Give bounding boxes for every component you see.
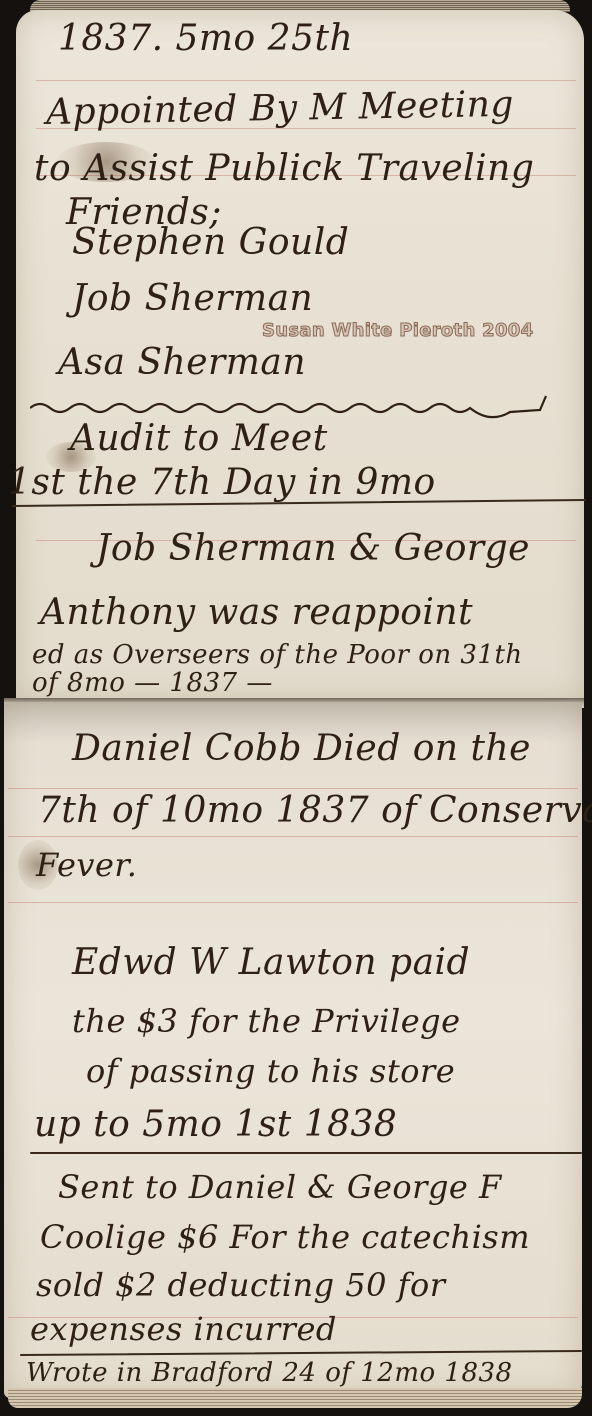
entry-line: Edwd W Lawton paid bbox=[72, 942, 470, 983]
ink-divider bbox=[30, 1152, 582, 1154]
copyright-watermark: Susan White Pieroth 2004 bbox=[262, 320, 533, 341]
entry-line: of 8mo — 1837 — bbox=[32, 668, 273, 698]
entry-line: Sent to Daniel & George F bbox=[58, 1168, 502, 1206]
entry-line: 7th of 10mo 1837 of Conservation bbox=[38, 790, 592, 831]
ruled-line bbox=[8, 788, 578, 789]
name-line: Asa Sherman bbox=[58, 342, 306, 383]
entry-line: expenses incurred bbox=[30, 1310, 337, 1348]
entry-line: Coolige $6 For the catechism bbox=[40, 1218, 530, 1256]
entry-line: to Assist Publick Traveling bbox=[34, 148, 534, 189]
page-edges-bottom bbox=[8, 1388, 582, 1408]
entry-line: Audit to Meet bbox=[70, 418, 328, 459]
entry-line: Job Sherman & George bbox=[96, 528, 530, 569]
entry-line: the $3 for the Privilege bbox=[72, 1002, 461, 1040]
name-line: Stephen Gould bbox=[72, 222, 349, 263]
ruled-line bbox=[36, 80, 576, 81]
entry-line: Anthony was reappoint bbox=[40, 592, 473, 633]
name-line: Job Sherman bbox=[72, 278, 313, 319]
entry-line: Daniel Cobb Died on the bbox=[72, 728, 531, 769]
entry-line: of passing to his store bbox=[86, 1052, 455, 1090]
entry-line: up to 5mo 1st 1838 bbox=[34, 1104, 397, 1145]
ruled-line bbox=[8, 902, 578, 903]
entry-line: Appointed By M Meeting bbox=[46, 84, 515, 133]
entry-line: 1st the 7th Day in 9mo bbox=[8, 462, 436, 503]
wavy-divider bbox=[30, 392, 570, 420]
entry-line: sold $2 deducting 50 for bbox=[36, 1266, 446, 1304]
entry-line: Fever. bbox=[36, 846, 137, 884]
entry-date: 1837. 5mo 25th bbox=[58, 18, 353, 59]
ledger-book: 1837. 5mo 25th Appointed By M Meeting to… bbox=[0, 0, 592, 1416]
entry-line: ed as Overseers of the Poor on 31th bbox=[32, 640, 523, 670]
signature-line: Wrote in Bradford 24 of 12mo 1838 bbox=[26, 1358, 513, 1388]
ruled-line bbox=[8, 836, 578, 837]
